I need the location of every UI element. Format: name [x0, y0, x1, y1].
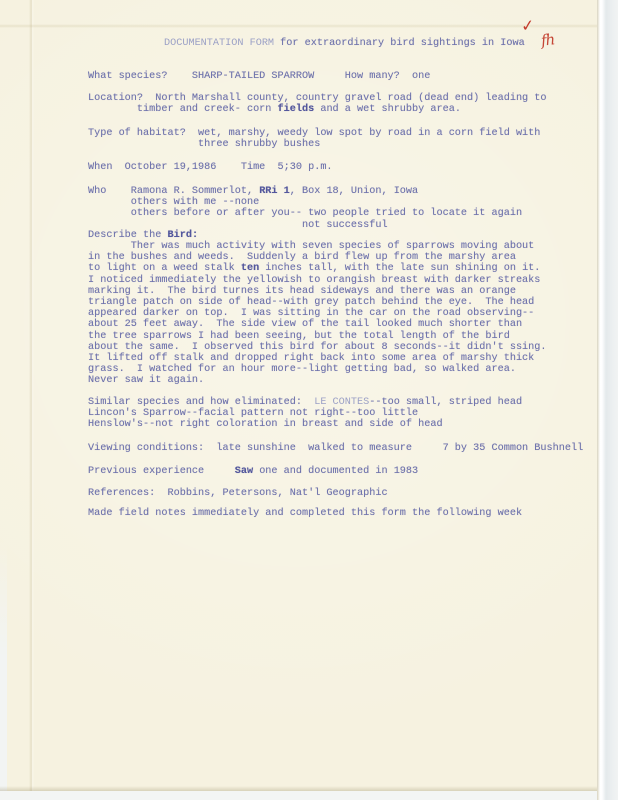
- document-line: appeared darker on top. I was sitting in…: [88, 308, 547, 319]
- document-line: When October 19,1986 Time 5;30 p.m.: [88, 162, 333, 173]
- text-segment: Ther was much activity with seven specie…: [88, 241, 534, 252]
- block-fieldnotes: Made field notes immediately and complet…: [88, 508, 522, 519]
- paper-bottom-edge: [0, 791, 604, 800]
- document-line: Lincon's Sparrow--facial pattern not rig…: [88, 408, 522, 419]
- document-line: the tree sparrows I had been seeing, but…: [88, 331, 547, 342]
- block-description: Ther was much activity with seven specie…: [88, 241, 547, 387]
- document-line: to light on a weed stalk ten inches tall…: [88, 263, 547, 274]
- text-segment: , Box 18, Union, Iowa: [290, 186, 418, 197]
- document-line: Made field notes immediately and complet…: [88, 508, 522, 519]
- text-segment: --too small, striped head: [369, 397, 522, 408]
- document-line: grass. I watched for an hour more--light…: [88, 364, 547, 375]
- text-segment: three shrubby bushes: [88, 139, 320, 150]
- text-segment: Lincon's Sparrow--facial pattern not rig…: [88, 408, 418, 419]
- red-initials-annotation: fh: [540, 30, 555, 49]
- document-line: timber and creek- corn fields and a wet …: [88, 104, 547, 115]
- text-segment: ten: [241, 263, 259, 274]
- document-line: about the same. I observed this bird for…: [88, 342, 547, 353]
- text-segment: grass. I watched for an hour more--light…: [88, 364, 516, 375]
- text-segment: Saw: [235, 466, 253, 477]
- text-segment: timber and creek- corn: [88, 104, 278, 115]
- text-segment: for extraordinary bird sightings in Iowa: [274, 38, 525, 49]
- text-segment: Never saw it again.: [88, 375, 204, 386]
- document-line: Who Ramona R. Sommerlot, RRi 1, Box 18, …: [88, 186, 522, 197]
- document-line: others before or after you-- two people …: [88, 208, 522, 219]
- document-line: Viewing conditions: late sunshine walked…: [88, 443, 583, 454]
- text-segment: triangle patch on side of head--with gre…: [88, 297, 534, 308]
- text-segment: Who Ramona R. Sommerlot,: [88, 186, 259, 197]
- document-line: about 25 feet away. The side view of the…: [88, 319, 547, 330]
- text-segment: Location? North Marshall county, country…: [88, 93, 547, 104]
- text-segment: What species? SHARP-TAILED SPARROW How m…: [88, 71, 430, 82]
- document-line: Previous experience Saw one and document…: [88, 466, 418, 477]
- block-viewing: Viewing conditions: late sunshine walked…: [88, 443, 583, 454]
- text-segment: Type of habitat? wet, marshy, weedy low …: [88, 128, 540, 139]
- document-line: It lifted off stalk and dropped right ba…: [88, 353, 547, 364]
- text-segment: RRi 1: [259, 186, 290, 197]
- text-segment: Bird:: [167, 230, 198, 241]
- text-segment: not successful: [88, 220, 388, 231]
- document-line: I noticed immediately the yellowish to o…: [88, 275, 547, 286]
- text-segment: about 25 feet away. The side view of the…: [88, 319, 522, 330]
- block-habitat: Type of habitat? wet, marshy, weedy low …: [88, 128, 540, 150]
- document-line: three shrubby bushes: [88, 139, 540, 150]
- text-segment: Henslow's--not right coloration in breas…: [88, 419, 443, 430]
- document-line: Similar species and how eliminated: LE C…: [88, 397, 522, 408]
- red-checkmark-annotation: ✓: [520, 15, 535, 35]
- document-line: marking it. The bird turnes its head sid…: [88, 286, 547, 297]
- document-line: triangle patch on side of head--with gre…: [88, 297, 547, 308]
- text-segment: DOCUMENTATION FORM: [164, 38, 274, 49]
- text-segment: LE CONTES: [314, 397, 369, 408]
- text-segment: and a wet shrubby area.: [314, 104, 461, 115]
- document-line: Location? North Marshall county, country…: [88, 93, 547, 104]
- paper-left-edge: [0, 540, 7, 800]
- text-segment: Viewing conditions: late sunshine walked…: [88, 443, 583, 454]
- block-when: When October 19,1986 Time 5;30 p.m.: [88, 162, 333, 173]
- text-segment: Similar species and how eliminated:: [88, 397, 314, 408]
- text-segment: marking it. The bird turnes its head sid…: [88, 286, 516, 297]
- document-line: Type of habitat? wet, marshy, weedy low …: [88, 128, 540, 139]
- text-segment: I noticed immediately the yellowish to o…: [88, 275, 540, 286]
- text-segment: appeared darker on top. I was sitting in…: [88, 308, 534, 319]
- document-line: References: Robbins, Petersons, Nat'l Ge…: [88, 488, 388, 499]
- paper-background: DOCUMENTATION FORM for extraordinary bir…: [0, 0, 618, 800]
- block-previous: Previous experience Saw one and document…: [88, 466, 418, 477]
- text-segment: others before or after you-- two people …: [88, 208, 522, 219]
- block-species: What species? SHARP-TAILED SPARROW How m…: [88, 71, 430, 82]
- text-segment: When October 19,1986 Time 5;30 p.m.: [88, 162, 333, 173]
- text-segment: References: Robbins, Petersons, Nat'l Ge…: [88, 488, 388, 499]
- document-line: Henslow's--not right coloration in breas…: [88, 419, 522, 430]
- text-segment: Made field notes immediately and complet…: [88, 508, 522, 519]
- text-segment: others with me --none: [88, 197, 259, 208]
- document-line: Ther was much activity with seven specie…: [88, 241, 547, 252]
- block-who: Who Ramona R. Sommerlot, RRi 1, Box 18, …: [88, 186, 522, 231]
- document-line: What species? SHARP-TAILED SPARROW How m…: [88, 71, 430, 82]
- text-segment: about the same. I observed this bird for…: [88, 342, 547, 353]
- text-segment: Describe the: [88, 230, 167, 241]
- block-describe: Describe the Bird:: [88, 230, 198, 241]
- text-segment: to light on a weed stalk: [88, 263, 241, 274]
- text-segment: fields: [278, 104, 315, 115]
- document-line: in the bushes and weeds. Suddenly a bird…: [88, 252, 547, 263]
- text-segment: one and documented in 1983: [253, 466, 418, 477]
- text-segment: the tree sparrows I had been seeing, but…: [88, 331, 510, 342]
- block-similar: Similar species and how eliminated: LE C…: [88, 397, 522, 431]
- document-line: Describe the Bird:: [88, 230, 198, 241]
- text-segment: inches tall, with the late sun shining o…: [259, 263, 540, 274]
- document-line: others with me --none: [88, 197, 522, 208]
- block-title: DOCUMENTATION FORM for extraordinary bir…: [164, 38, 525, 49]
- document-line: Never saw it again.: [88, 375, 547, 386]
- text-segment: It lifted off stalk and dropped right ba…: [88, 353, 534, 364]
- typewritten-document: DOCUMENTATION FORM for extraordinary bir…: [0, 0, 618, 800]
- paper-right-edge: [597, 0, 618, 800]
- text-segment: Previous experience: [88, 466, 235, 477]
- block-references: References: Robbins, Petersons, Nat'l Ge…: [88, 488, 388, 499]
- document-line: DOCUMENTATION FORM for extraordinary bir…: [164, 38, 525, 49]
- block-location: Location? North Marshall county, country…: [88, 93, 547, 115]
- text-segment: in the bushes and weeds. Suddenly a bird…: [88, 252, 516, 263]
